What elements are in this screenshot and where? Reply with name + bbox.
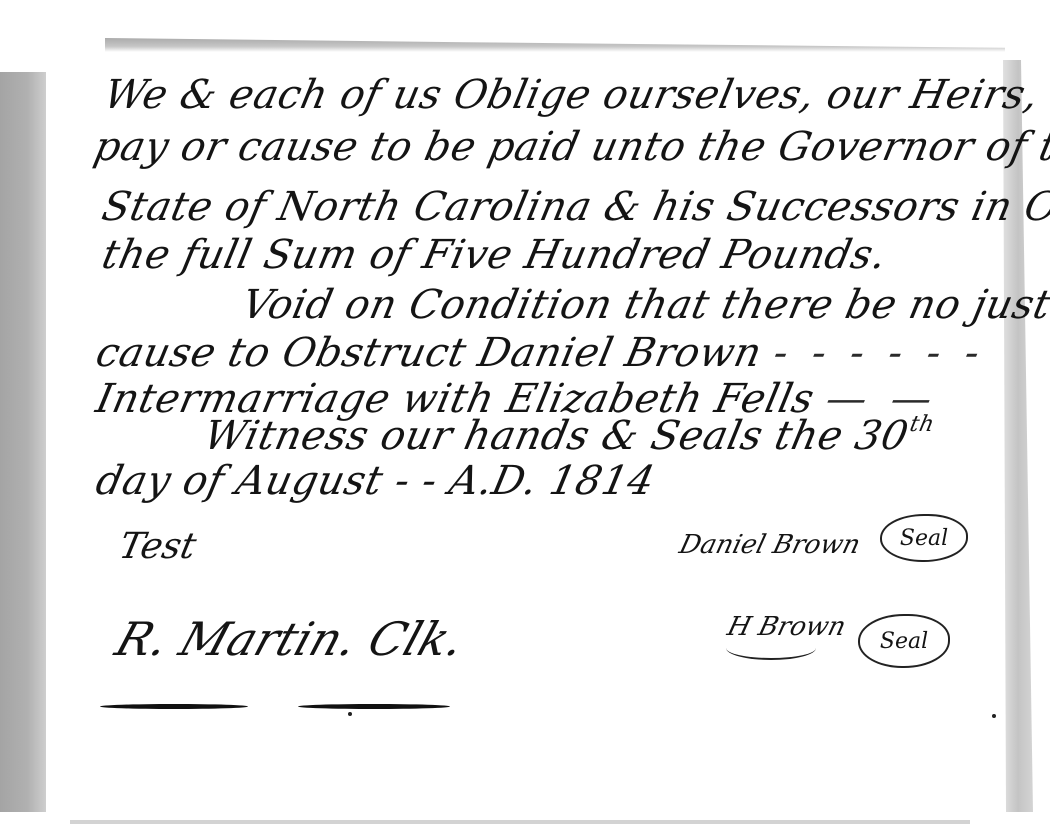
signature-underline [100,704,248,709]
bond-line-6-dashes: - - - - - - [769,330,989,376]
bond-line-9: day of August - - A.D. 1814 [92,458,659,504]
seal-icon: Seal [880,514,968,562]
witness-label: Test [116,526,200,567]
signature-daniel-brown: Daniel Brown [676,530,863,560]
signature-underline [298,704,450,709]
bond-line-8: Witness our hands & Seals the 30th [200,412,937,459]
ink-speck [348,712,352,716]
seal-label: Seal [900,526,948,551]
day-suffix: th [907,412,936,437]
ink-speck [992,714,996,718]
paper-top-edge [105,38,1005,52]
paper-bottom-edge [70,820,970,824]
bond-line-8-text: Witness our hands & Seals the 30 [200,413,913,459]
bond-line-3: State of North Carolina & his Successors… [98,184,1050,230]
bond-line-1: We & each of us Oblige ourselves, our He… [100,72,1050,118]
bond-line-2: pay or cause to be paid unto the Governo… [90,124,1050,170]
seal-label: Seal [880,629,928,654]
seal-icon: Seal [858,614,950,668]
witness-signature: R. Martin. Clk. [109,612,471,666]
signature-flourish [726,636,816,660]
bond-line-5: Void on Condition that there be no just [238,282,1050,328]
document-scan: We & each of us Oblige ourselves, our He… [0,0,1050,836]
scan-right-edge [1003,60,1033,812]
scan-left-edge [0,72,46,812]
bond-line-6: cause to Obstruct Daniel Brown - - - - -… [92,330,990,376]
bond-line-6-text: cause to Obstruct Daniel Brown [92,330,766,376]
bond-line-4: the full Sum of Five Hundred Pounds. [98,232,891,278]
